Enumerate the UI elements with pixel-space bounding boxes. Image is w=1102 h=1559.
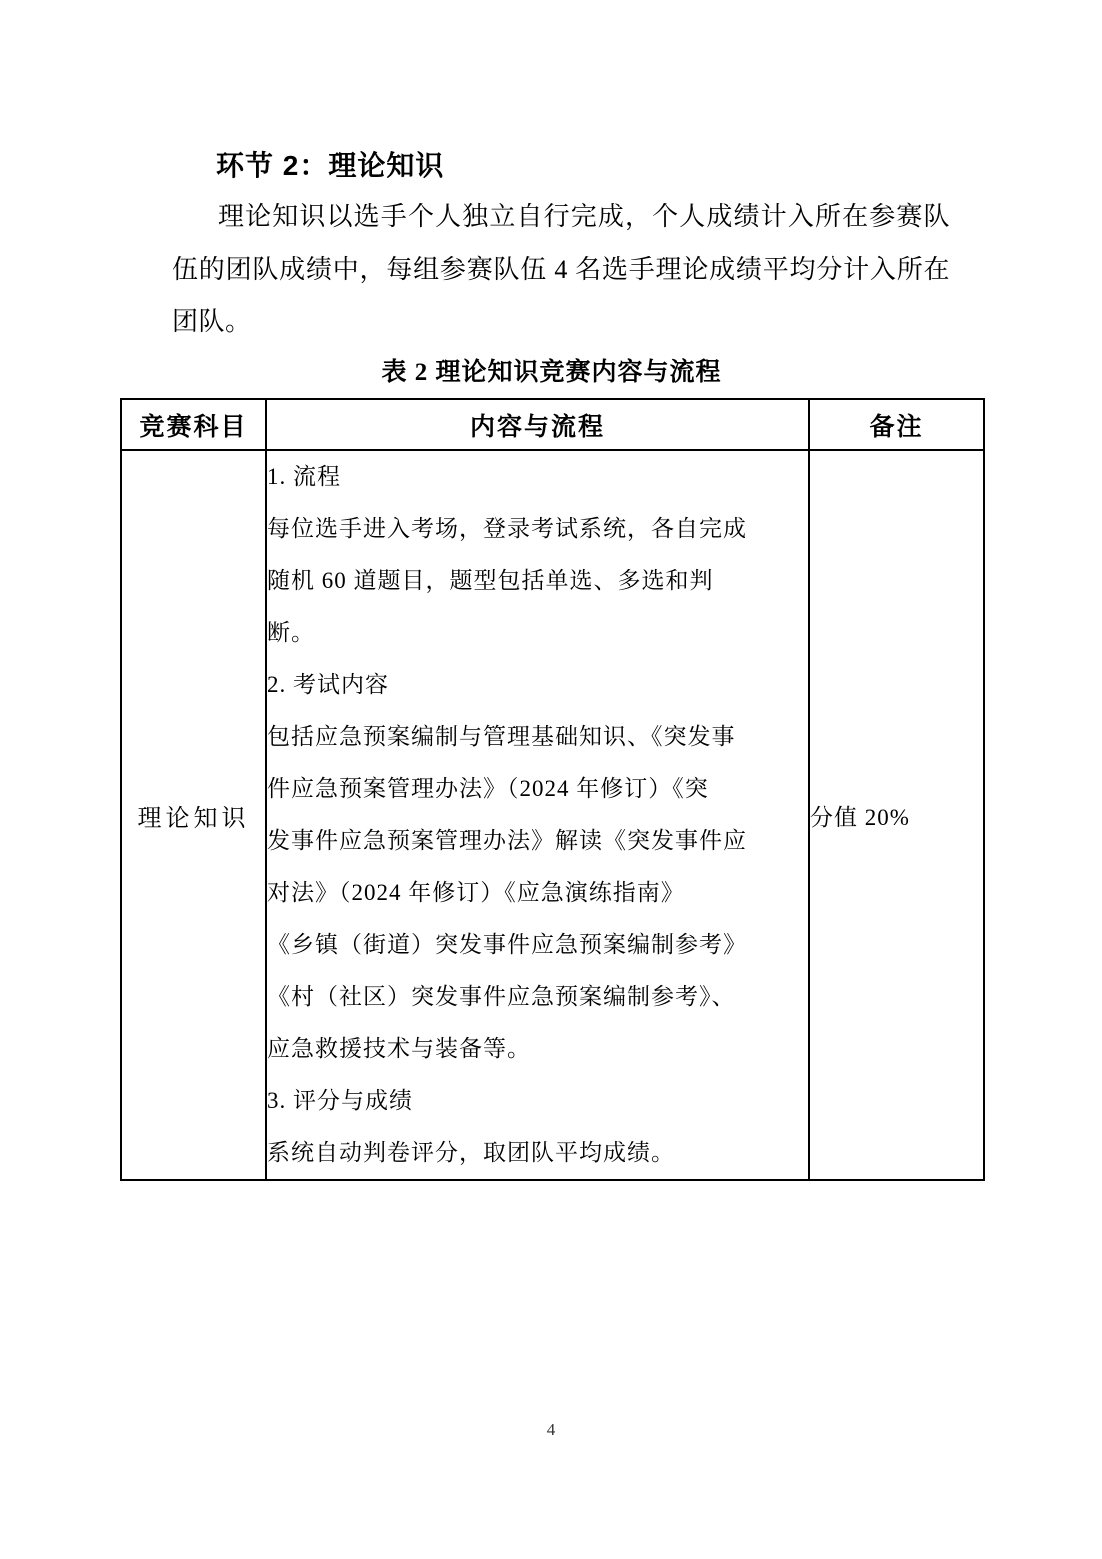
intro-paragraph: 理论知识以选手个人独立自行完成，个人成绩计入所在参赛队伍的团队成绩中，每组参赛队… (172, 191, 950, 349)
column-header-subject: 竞赛科目 (121, 399, 266, 450)
content-line: 《村（社区）突发事件应急预案编制参考》、 (267, 971, 808, 1023)
table-caption: 表 2 理论知识竞赛内容与流程 (120, 352, 983, 388)
content-line: 1. 流程 (267, 451, 808, 503)
content-line: 断。 (267, 607, 808, 659)
column-header-remark: 备注 (809, 399, 984, 450)
page-number: 4 (0, 1420, 1102, 1440)
table-header-row: 竞赛科目 内容与流程 备注 (121, 399, 984, 450)
document-page: 环节 2：理论知识 理论知识以选手个人独立自行完成，个人成绩计入所在参赛队伍的团… (0, 0, 1102, 1559)
content-line: 随机 60 道题目，题型包括单选、多选和判 (267, 555, 808, 607)
content-line: 件应急预案管理办法》（2024 年修订）《突 (267, 763, 808, 815)
content-line: 包括应急预案编制与管理基础知识、《突发事 (267, 711, 808, 763)
remark-cell: 分值 20% (809, 450, 984, 1180)
content-line: 每位选手进入考场，登录考试系统，各自完成 (267, 503, 808, 555)
content-line: 系统自动判卷评分，取团队平均成绩。 (267, 1127, 808, 1179)
competition-table: 竞赛科目 内容与流程 备注 理论知识 1. 流程 每位选手进入考场，登录考试系统… (120, 398, 985, 1181)
content-line: 对法》（2024 年修订）《应急演练指南》 (267, 867, 808, 919)
content-line: 3. 评分与成绩 (267, 1075, 808, 1127)
content-cell: 1. 流程 每位选手进入考场，登录考试系统，各自完成 随机 60 道题目，题型包… (266, 450, 809, 1180)
content-line: 应急救援技术与装备等。 (267, 1023, 808, 1075)
column-header-content: 内容与流程 (266, 399, 809, 450)
subject-cell: 理论知识 (121, 450, 266, 1180)
content-line: 《乡镇（街道）突发事件应急预案编制参考》 (267, 919, 808, 971)
table-row: 理论知识 1. 流程 每位选手进入考场，登录考试系统，各自完成 随机 60 道题… (121, 450, 984, 1180)
content-line: 2. 考试内容 (267, 659, 808, 711)
content-line: 发事件应急预案管理办法》解读《突发事件应 (267, 815, 808, 867)
section-heading: 环节 2：理论知识 (216, 144, 444, 184)
